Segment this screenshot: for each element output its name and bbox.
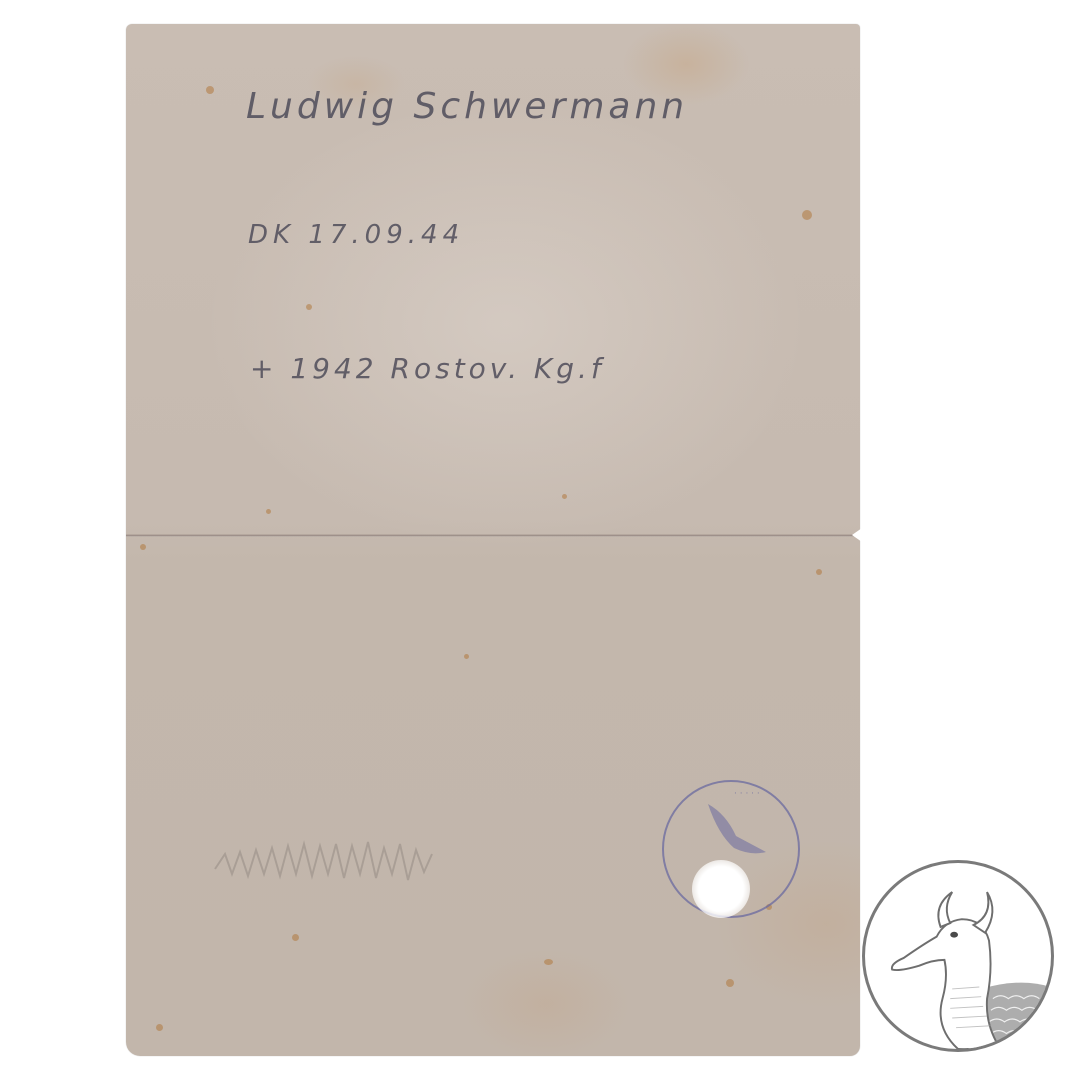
foxing-spot xyxy=(802,210,812,220)
document-paper: Ludwig Schwermann DK 17.09.44 + 1942 Ros… xyxy=(126,24,860,1056)
foxing-spot xyxy=(156,1024,163,1031)
handwritten-name: Ludwig Schwermann xyxy=(246,86,688,127)
foxing-spot xyxy=(464,654,469,659)
stamp-light-glare xyxy=(692,860,750,918)
handwritten-award: DK 17.09.44 xyxy=(248,220,464,250)
fold-tear xyxy=(852,528,862,542)
foxing-spot xyxy=(816,569,822,575)
duck-logo-watermark xyxy=(862,860,1054,1052)
foxing-spot xyxy=(726,979,734,987)
handwritten-death-note: + 1942 Rostov. Kg.f xyxy=(250,352,605,385)
foxing-spot xyxy=(544,959,553,965)
foxing-spot xyxy=(306,304,312,310)
foxing-spot xyxy=(206,86,214,94)
fold-line xyxy=(126,534,860,537)
faint-signature xyxy=(210,824,450,894)
eagle-emblem-icon xyxy=(708,804,766,853)
svg-text:· · · · ·: · · · · · xyxy=(734,789,760,799)
foxing-spot xyxy=(562,494,567,499)
foxing-spot xyxy=(140,544,146,550)
horned-duck-icon xyxy=(865,863,1051,1049)
foxing-spot xyxy=(292,934,299,941)
foxing-spot xyxy=(266,509,271,514)
